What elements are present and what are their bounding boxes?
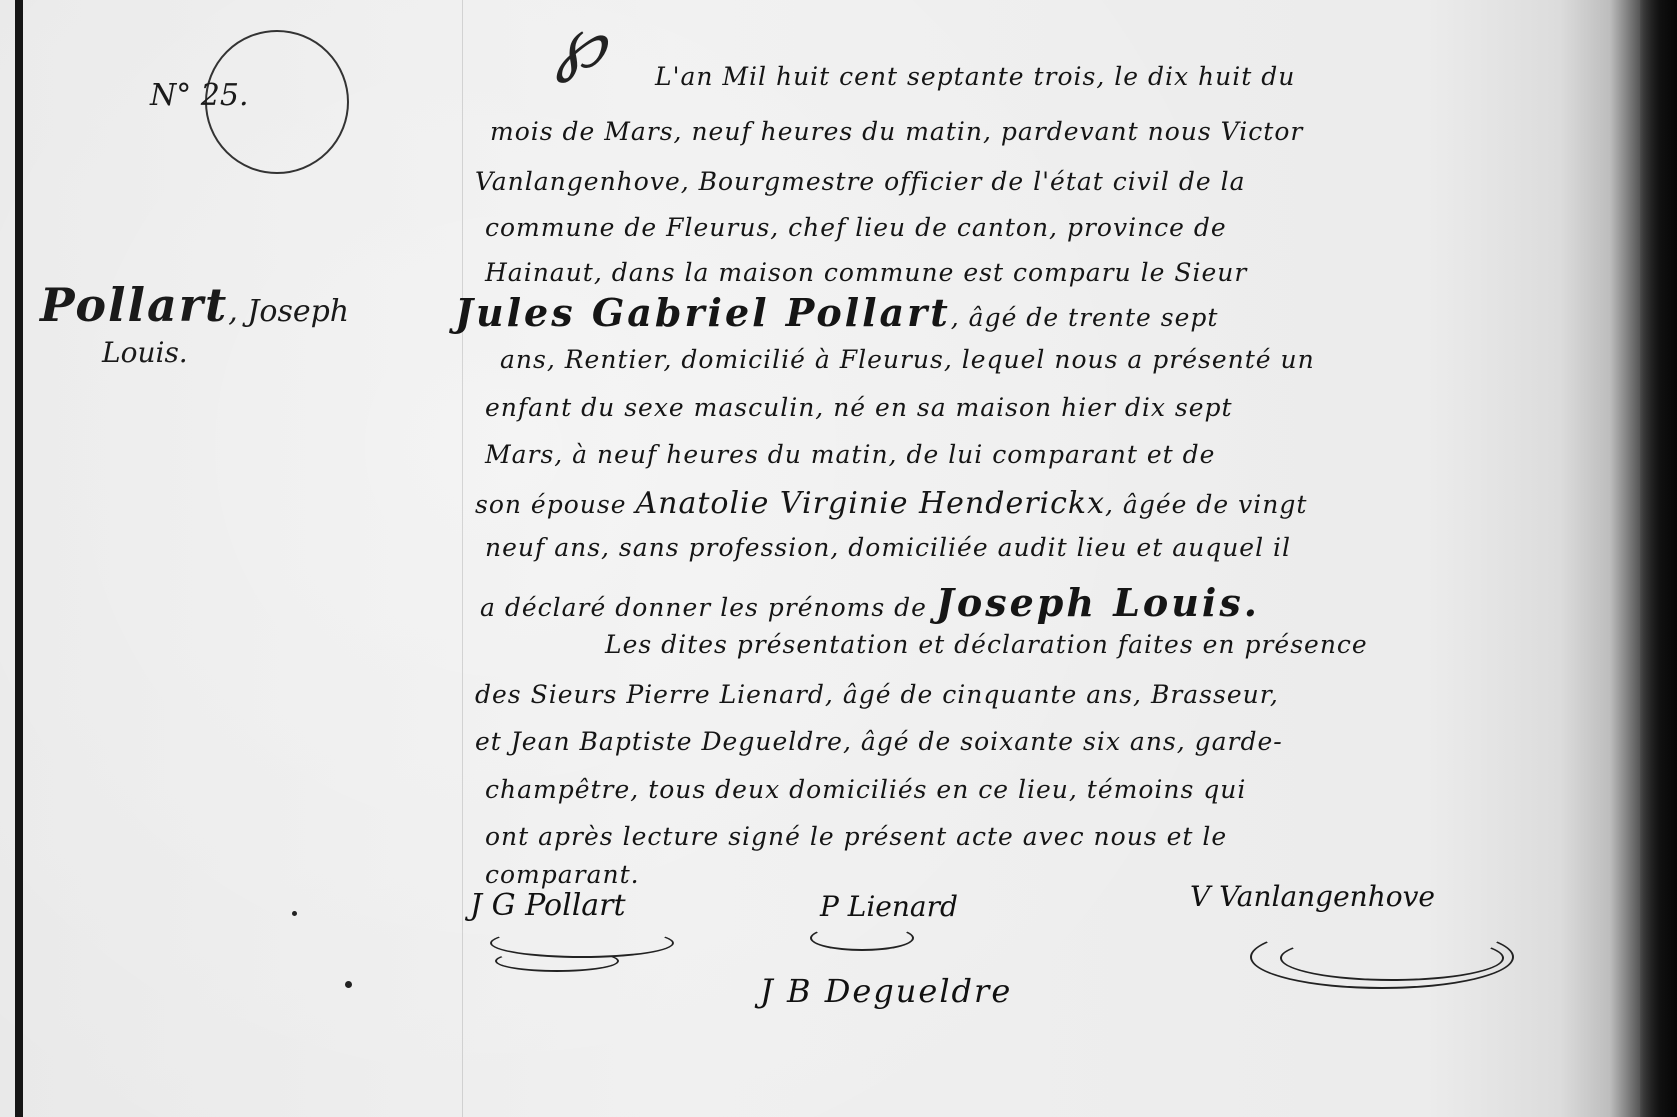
signature-witness-1: P Lienard bbox=[820, 890, 958, 923]
body-line-1: L'an Mil huit cent septante trois, le di… bbox=[655, 62, 1295, 91]
body-line-18: comparant. bbox=[485, 860, 640, 889]
signature-officer: V Vanlangenhove bbox=[1190, 880, 1435, 913]
body-line-14: des Sieurs Pierre Lienard, âgé de cinqua… bbox=[475, 680, 1279, 709]
body-line-16: champêtre, tous deux domiciliés en ce li… bbox=[485, 775, 1246, 804]
body-line-4: commune de Fleurus, chef lieu de canton,… bbox=[485, 213, 1227, 242]
page-gutter-shadow bbox=[1640, 0, 1677, 1117]
body-line-2: mois de Mars, neuf heures du matin, pard… bbox=[490, 117, 1303, 146]
signature-witness-2: J B Degueldre bbox=[760, 972, 1012, 1010]
signature-flourish-icon bbox=[1280, 935, 1504, 981]
child-prefix: a déclaré donner les prénoms de bbox=[480, 593, 936, 622]
body-line-15: et Jean Baptiste Degueldre, âgé de soixa… bbox=[475, 727, 1283, 756]
signature-witness-2-text: J B Degueldre bbox=[760, 972, 1012, 1010]
signature-flourish-icon bbox=[495, 950, 619, 972]
signature-officer-text: V Vanlangenhove bbox=[1190, 880, 1435, 913]
body-line-13: Les dites présentation et déclaration fa… bbox=[605, 630, 1368, 659]
margin-name-note: Pollart, Joseph Louis. bbox=[40, 278, 349, 332]
body-line-11: neuf ans, sans profession, domiciliée au… bbox=[485, 533, 1291, 562]
body-line-17: ont après lecture signé le présent acte … bbox=[485, 822, 1227, 851]
body-line-9: Mars, à neuf heures du matin, de lui com… bbox=[485, 440, 1215, 469]
entry-number-label: N° 25. bbox=[150, 78, 249, 113]
mother-age: , âgée de vingt bbox=[1105, 490, 1307, 519]
signature-flourish-icon bbox=[810, 925, 914, 951]
ink-spot bbox=[345, 981, 352, 988]
body-line-8: enfant du sexe masculin, né en sa maison… bbox=[485, 393, 1233, 422]
signature-father: J G Pollart bbox=[470, 888, 626, 923]
signature-witness-1-text: P Lienard bbox=[820, 890, 958, 923]
decorative-flourish-icon: ℘ bbox=[555, 0, 605, 84]
margin-rule bbox=[462, 0, 463, 1117]
child-name: Joseph Louis. bbox=[936, 580, 1260, 625]
body-line-6-father: Jules Gabriel Pollart, âgé de trente sep… bbox=[455, 290, 1218, 335]
body-line-7: ans, Rentier, domicilié à Fleurus, leque… bbox=[500, 345, 1315, 374]
margin-surname: Pollart bbox=[40, 278, 228, 332]
mother-name: Anatolie Virginie Henderickx bbox=[635, 486, 1105, 521]
signature-father-text: J G Pollart bbox=[470, 888, 626, 923]
body-line-3: Vanlangenhove, Bourgmestre officier de l… bbox=[475, 167, 1245, 196]
father-name: Jules Gabriel Pollart bbox=[455, 290, 951, 335]
margin-given-names: , Joseph bbox=[228, 294, 349, 329]
mother-prefix: son épouse bbox=[475, 490, 635, 519]
page-binding-edge bbox=[15, 0, 23, 1117]
body-line-10-mother: son épouse Anatolie Virginie Henderickx,… bbox=[475, 486, 1307, 521]
father-age: , âgé de trente sept bbox=[951, 303, 1219, 332]
body-line-5: Hainaut, dans la maison commune est comp… bbox=[485, 258, 1247, 287]
body-line-12-child: a déclaré donner les prénoms de Joseph L… bbox=[480, 580, 1260, 625]
margin-given-names-2: Louis. bbox=[102, 336, 188, 369]
ink-spot bbox=[292, 911, 297, 916]
